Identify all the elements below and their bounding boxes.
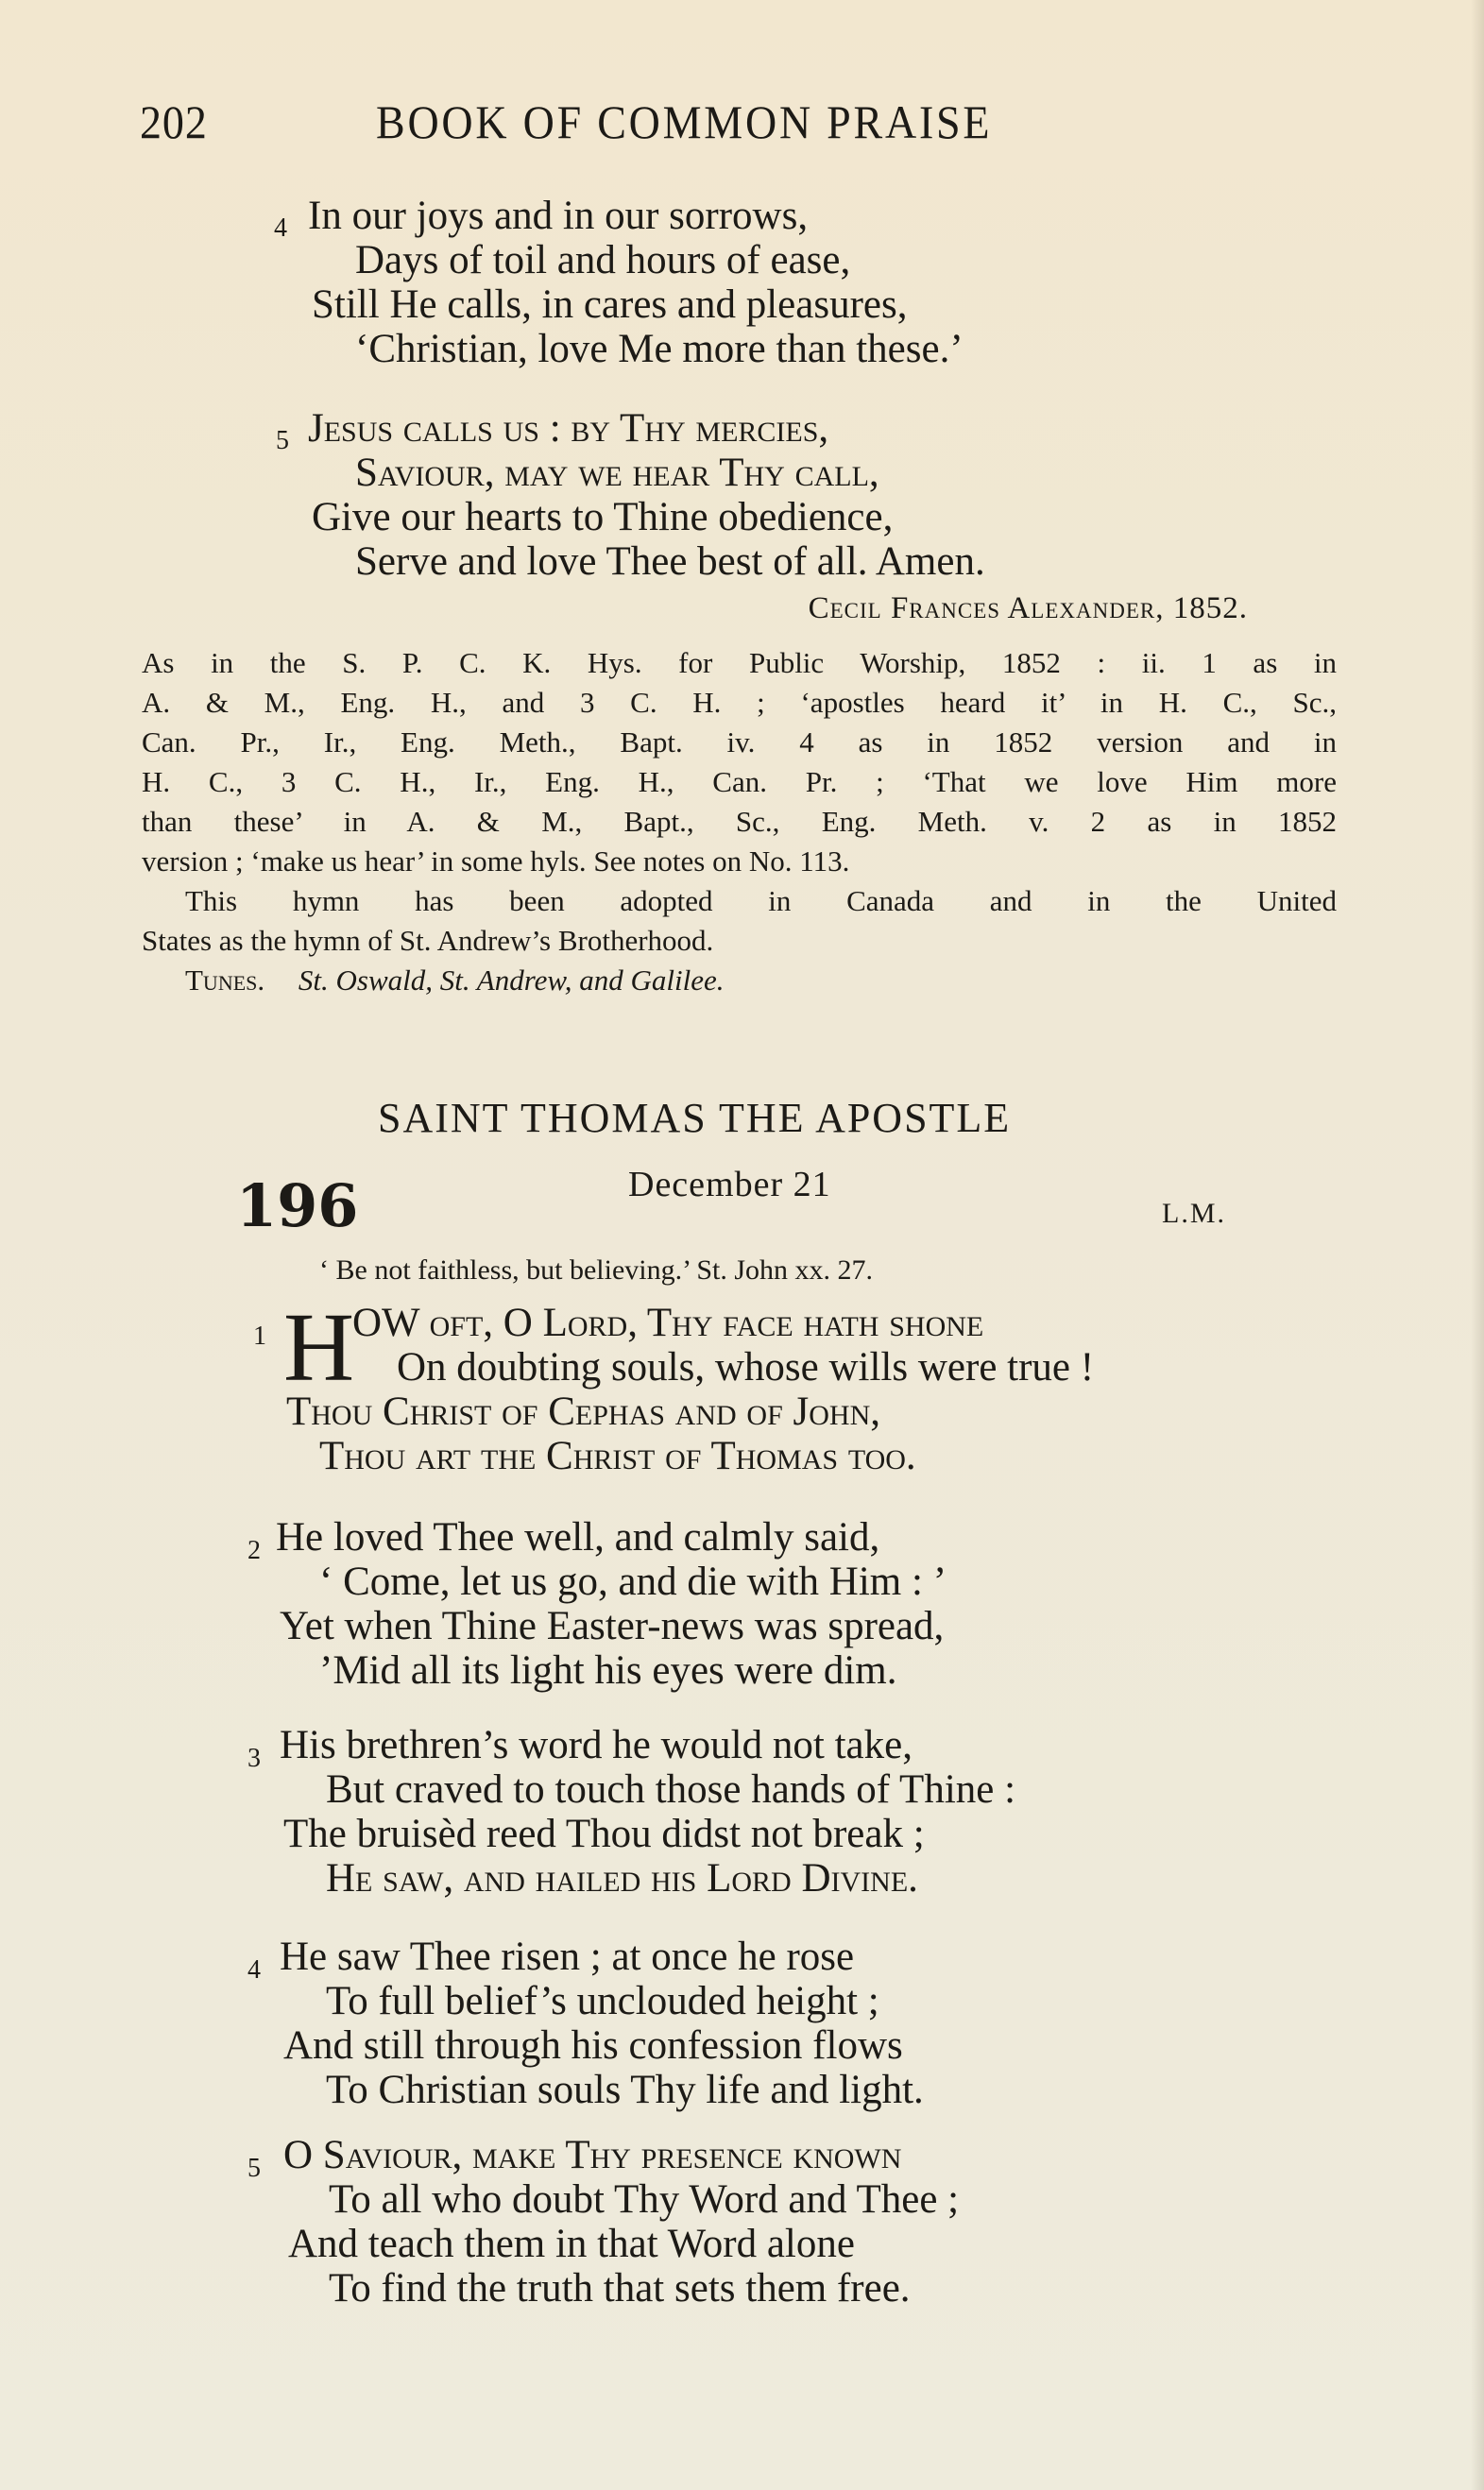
tunes-list: St. Oswald, St. Andrew, and Galilee. <box>299 964 725 997</box>
section-title: SAINT THOMAS THE APOSTLE <box>378 1094 1011 1142</box>
verse-line: Thou art the Christ of Thomas too. <box>319 1434 916 1478</box>
note-line: version ; ‘make us hear’ in some hyls. S… <box>142 842 1337 881</box>
verse-number: 1 <box>253 1314 266 1358</box>
author-attribution: Cecil Frances Alexander, 1852. <box>809 591 1248 626</box>
verse-number: 4 <box>247 1948 261 1992</box>
hymn-number: 196 <box>236 1171 358 1240</box>
verse-line: His brethren’s word he would not take, <box>280 1723 913 1767</box>
drop-cap: H <box>283 1305 354 1390</box>
note-line: States as the hymn of St. Andrew’s Broth… <box>142 921 1337 961</box>
page-edge-shadow <box>1471 0 1484 2490</box>
verse-line: OW oft, O Lord, Thy face hath shone <box>352 1301 983 1345</box>
note-line: A. & M., Eng. H., and 3 C. H. ; ‘apostle… <box>142 683 1337 723</box>
verse-number: 4 <box>274 206 287 250</box>
verse-line: To Christian souls Thy life and light. <box>326 2068 924 2112</box>
note-line: This hymn has been adopted in Canada and… <box>185 881 1337 921</box>
note-line: H. C., 3 C. H., Ir., Eng. H., Can. Pr. ;… <box>142 762 1337 802</box>
verse-line: Give our hearts to Thine obedience, <box>312 495 893 539</box>
note-line: than these’ in A. & M., Bapt., Sc., Eng.… <box>142 802 1337 842</box>
verse-number: 2 <box>247 1528 261 1573</box>
verse-line: Thou Christ of Cephas and of John, <box>286 1390 880 1434</box>
verse-line: O Saviour, make Thy presence known <box>283 2133 901 2177</box>
verse-line: And still through his confession flows <box>283 2023 903 2068</box>
verse-line: Days of toil and hours of ease, <box>355 238 850 282</box>
verse-line: Saviour, may we hear Thy call, <box>355 451 879 495</box>
verse-line: He saw Thee risen ; at once he rose <box>280 1935 854 1979</box>
verse-line: ’Mid all its light his eyes were dim. <box>319 1648 896 1693</box>
verse-line: Yet when Thine Easter-news was spread, <box>280 1604 944 1648</box>
verse-number: 5 <box>276 418 289 463</box>
verse-line: The bruisèd reed Thou didst not break ; <box>283 1812 925 1856</box>
verse-line: To all who doubt Thy Word and Thee ; <box>329 2177 959 2222</box>
verse-line: To find the truth that sets them free. <box>329 2266 911 2311</box>
note-line: Can. Pr., Ir., Eng. Meth., Bapt. iv. 4 a… <box>142 723 1337 762</box>
verse-line: He saw, and hailed his Lord Divine. <box>326 1856 918 1901</box>
verse-number: 5 <box>247 2146 261 2191</box>
hymn-date: December 21 <box>628 1164 831 1205</box>
verse-line: In our joys and in our sorrows, <box>308 194 808 238</box>
verse-line: To full belief’s unclouded height ; <box>326 1979 879 2023</box>
hymn-epigraph: ‘ Be not faithless, but believing.’ St. … <box>319 1254 873 1287</box>
note-line: As in the S. P. C. K. Hys. for Public Wo… <box>142 643 1337 683</box>
verse-line: He loved Thee well, and calmly said, <box>276 1515 879 1560</box>
verse-line: ‘ Come, let us go, and die with Him : ’ <box>319 1560 947 1604</box>
book-page: 202 BOOK OF COMMON PRAISE 4 In our joys … <box>0 0 1484 2490</box>
verse-line: Serve and love Thee best of all. Amen. <box>355 539 985 584</box>
verse-line: Jesus calls us : by Thy mercies, <box>308 406 828 451</box>
tunes-label: Tunes. <box>185 964 264 997</box>
tunes-line: Tunes. St. Oswald, St. Andrew, and Galil… <box>185 961 725 1000</box>
verse-number: 3 <box>247 1736 261 1781</box>
running-title: BOOK OF COMMON PRAISE <box>376 94 992 149</box>
verse-line: On doubting souls, whose wills were true… <box>397 1345 1094 1390</box>
verse-line: But craved to touch those hands of Thine… <box>326 1767 1015 1812</box>
verse-line: And teach them in that Word alone <box>288 2222 855 2266</box>
hymn-meter: L.M. <box>1162 1198 1226 1230</box>
verse-line: Still He calls, in cares and pleasures, <box>312 282 907 327</box>
page-number: 202 <box>140 94 208 149</box>
verse-line: ‘Christian, love Me more than these.’ <box>355 327 964 371</box>
